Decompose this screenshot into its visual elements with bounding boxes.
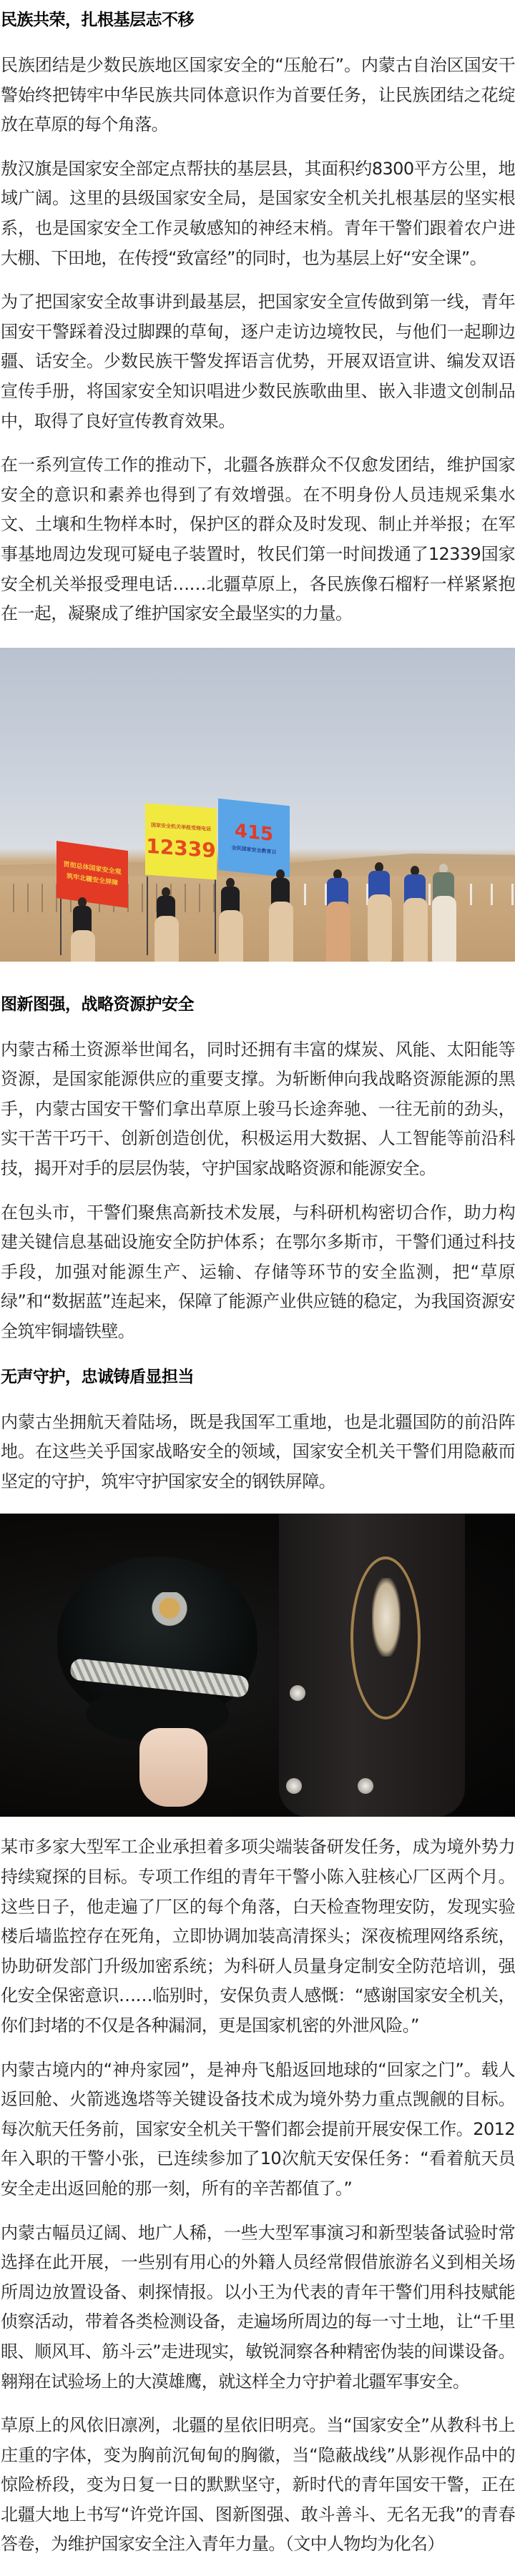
- section-heading-strategic-resources: 图新图强，战略资源护安全: [0, 990, 515, 1020]
- flag-number: 415: [235, 820, 273, 846]
- hand: [139, 1728, 207, 1807]
- paragraph: 在包头市，干警们聚焦高新技术发展，与科研机构密切合作，助力构建关键信息基础设施安…: [0, 1198, 515, 1347]
- paragraph-closing: 草原上的风依旧凛冽，北疆的星依旧明亮。当“国家安全”从教科书上庄重的字体，变为胸…: [0, 2411, 515, 2560]
- paragraph: 敖汉旗是国家安全部定点帮扶的基层县，其面积约8300平方公里，地域广阔。这里的县…: [0, 154, 515, 273]
- red-flag: 贯彻总体国家安全观 筑牢北疆安全屏障: [57, 841, 128, 908]
- paragraph: 为了把国家安全故事讲到最基层，把国家安全宣传做到第一线，青年国安干警踩着没过脚踝…: [0, 287, 515, 436]
- national-emblem-icon: [152, 1592, 187, 1638]
- flag-pole: [215, 875, 216, 954]
- flag-text: 国家安全机关举报受理电话: [146, 821, 215, 833]
- flag-text: 全民国家安全教育日: [232, 844, 277, 856]
- badge-glint: [372, 1578, 401, 1657]
- photo-horse-riders-with-flags: 贯彻总体国家安全观 筑牢北疆安全屏障 国家安全机关举报受理电话 12339 41…: [0, 648, 515, 962]
- section-heading-ethnic-unity: 民族共荣，扎根基层志不移: [0, 6, 515, 35]
- paragraph: 在一系列宣传工作的推动下，北疆各族群众不仅愈发团结，维护国家安全的意识和素养也得…: [0, 450, 515, 629]
- yellow-flag-12339: 国家安全机关举报受理电话 12339: [145, 803, 217, 879]
- photo-officer-holding-cap: [0, 1514, 515, 1817]
- flag-number: 12339: [146, 834, 215, 862]
- flag-pole: [147, 877, 148, 955]
- article: 民族共荣，扎根基层志不移 民族团结是少数民族地区国家安全的“压舱石”。内蒙古自治…: [0, 0, 515, 2560]
- section-heading-silent-guard: 无声守护，忠诚铸盾显担当: [0, 1363, 515, 1392]
- paragraph: 内蒙古境内的“神舟家园”，是神舟飞船返回地球的“回家之门”。载人返回舱、火箭逃逸…: [0, 2056, 515, 2204]
- flag-pole: [60, 898, 62, 955]
- paragraph: 民族团结是少数民族地区国家安全的“压舱石”。内蒙古自治区国安干警始终把铸牢中华民…: [0, 51, 515, 140]
- paragraph: 内蒙古坐拥航天着陆场，既是我国军工重地，也是北疆国防的前沿阵地。在这些关乎国家战…: [0, 1408, 515, 1497]
- blue-flag-415: 415 全民国家安全教育日: [218, 798, 290, 877]
- paragraph: 内蒙古稀土资源举世闻名，同时还拥有丰富的煤炭、风能、太阳能等资源，是国家能源供应…: [0, 1035, 515, 1184]
- paragraph: 某市多家大型军工企业承担着多项尖端装备研发任务，成为境外势力持续窥探的目标。专项…: [0, 1832, 515, 2040]
- paragraph: 内蒙古幅员辽阔、地广人稀，一些大型军事演习和新型装备试验时常选择在此开展，一些别…: [0, 2219, 515, 2397]
